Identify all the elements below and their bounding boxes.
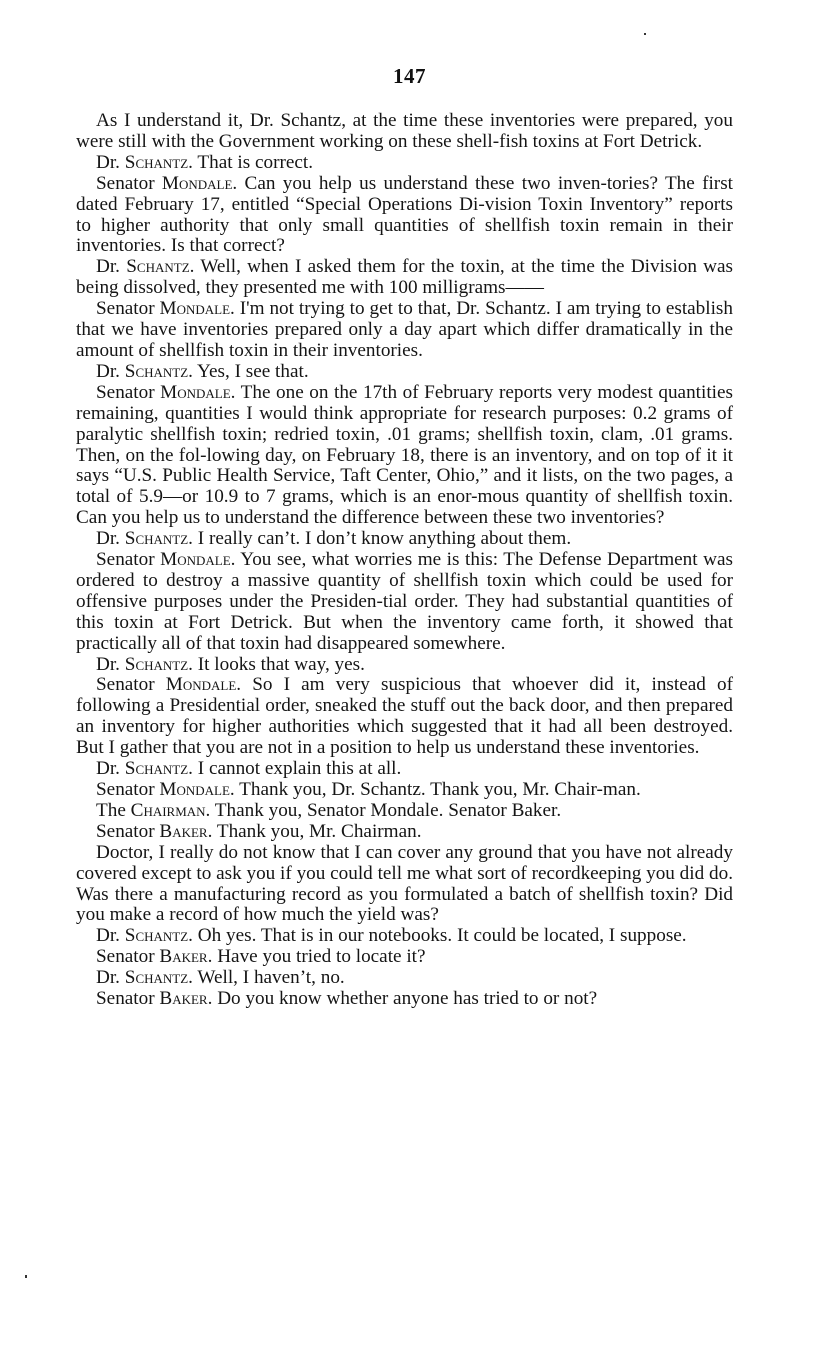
paragraph: Dr. Schantz. It looks that way, yes. <box>76 655 733 676</box>
paragraph: Senator Mondale. The one on the 17th of … <box>76 383 733 529</box>
speaker-prefix: Senator <box>96 549 160 570</box>
speaker-prefix: Dr. <box>96 758 125 779</box>
paragraph: Dr. Schantz. I cannot explain this at al… <box>76 759 733 780</box>
paragraph-text: Thank you, Mr. Chairman. <box>212 821 421 842</box>
paragraph: Senator Mondale. You see, what worries m… <box>76 550 733 655</box>
speaker-name: Schantz. <box>125 361 193 382</box>
scan-speck <box>644 33 646 35</box>
paragraph: Dr. Schantz. That is correct. <box>76 153 733 174</box>
speaker-name: Baker. <box>159 821 212 842</box>
speaker-prefix: Senator <box>96 779 159 800</box>
scan-speck <box>25 1275 27 1278</box>
speaker-prefix: Dr. <box>96 361 125 382</box>
paragraph: Senator Mondale. Can you help us underst… <box>76 174 733 258</box>
paragraph: Senator Baker. Do you know whether anyon… <box>76 989 733 1010</box>
speaker-prefix: Senator <box>96 173 162 194</box>
paragraph: Dr. Schantz. I really can’t. I don’t kno… <box>76 529 733 550</box>
speaker-name: Schantz. <box>125 758 193 779</box>
speaker-prefix: Senator <box>96 988 159 1009</box>
speaker-prefix: Dr. <box>96 925 125 946</box>
paragraph-text: It looks that way, yes. <box>193 654 365 675</box>
paragraph-text: Do you know whether anyone has tried to … <box>212 988 597 1009</box>
speaker-name: Schantz. <box>125 654 193 675</box>
speaker-prefix: Senator <box>96 674 166 695</box>
speaker-prefix: Senator <box>96 946 159 967</box>
paragraph: Senator Baker. Have you tried to locate … <box>76 947 733 968</box>
speaker-prefix: Dr. <box>96 528 125 549</box>
paragraph: Senator Baker. Thank you, Mr. Chairman. <box>76 822 733 843</box>
speaker-prefix: Senator <box>96 821 159 842</box>
paragraph-text: Well, I haven’t, no. <box>193 967 345 988</box>
speaker-name: Mondale. <box>162 173 237 194</box>
speaker-name: Schantz. <box>125 528 193 549</box>
paragraph-text: Have you tried to locate it? <box>212 946 425 967</box>
transcript-body: As I understand it, Dr. Schantz, at the … <box>76 111 733 1010</box>
speaker-prefix: Dr. <box>96 967 125 988</box>
paragraph-text: Doctor, I really do not know that I can … <box>76 842 733 926</box>
speaker-prefix: The <box>96 800 131 821</box>
speaker-name: Mondale. <box>160 549 235 570</box>
paragraph-text: Thank you, Senator Mondale. Senator Bake… <box>210 800 561 821</box>
speaker-name: Schantz. <box>125 967 193 988</box>
speaker-prefix: Senator <box>96 298 160 319</box>
paragraph-text: As I understand it, Dr. Schantz, at the … <box>76 110 733 152</box>
speaker-name: Baker. <box>159 946 212 967</box>
paragraph: Doctor, I really do not know that I can … <box>76 843 733 927</box>
speaker-name: Schantz. <box>126 256 194 277</box>
speaker-prefix: Dr. <box>96 152 125 173</box>
paragraph: Dr. Schantz. Well, I haven’t, no. <box>76 968 733 989</box>
speaker-prefix: Dr. <box>96 256 126 277</box>
paragraph-text: Yes, I see that. <box>193 361 309 382</box>
speaker-name: Mondale. <box>166 674 241 695</box>
paragraph-text: I really can’t. I don’t know anything ab… <box>193 528 571 549</box>
speaker-name: Mondale. <box>160 382 235 403</box>
paragraph: Dr. Schantz. Well, when I asked them for… <box>76 257 733 299</box>
paragraph: As I understand it, Dr. Schantz, at the … <box>76 111 733 153</box>
speaker-name: Mondale. <box>159 779 234 800</box>
speaker-name: Baker. <box>159 988 212 1009</box>
speaker-prefix: Dr. <box>96 654 125 675</box>
speaker-name: Chairman. <box>131 800 211 821</box>
speaker-name: Mondale. <box>160 298 235 319</box>
paragraph: Senator Mondale. So I am very suspicious… <box>76 675 733 759</box>
speaker-name: Schantz. <box>125 152 193 173</box>
paragraph-text: The one on the 17th of February reports … <box>76 382 733 528</box>
paragraph: Dr. Schantz. Oh yes. That is in our note… <box>76 926 733 947</box>
paragraph: The Chairman. Thank you, Senator Mondale… <box>76 801 733 822</box>
page-number: 147 <box>0 64 819 89</box>
paragraph-text: Oh yes. That is in our notebooks. It cou… <box>193 925 687 946</box>
speaker-name: Schantz. <box>125 925 193 946</box>
paragraph-text: I cannot explain this at all. <box>193 758 401 779</box>
paragraph: Senator Mondale. Thank you, Dr. Schantz.… <box>76 780 733 801</box>
paragraph-text: That is correct. <box>193 152 313 173</box>
speaker-prefix: Senator <box>96 382 160 403</box>
paragraph-text: Thank you, Dr. Schantz. Thank you, Mr. C… <box>235 779 641 800</box>
paragraph: Dr. Schantz. Yes, I see that. <box>76 362 733 383</box>
paragraph: Senator Mondale. I'm not trying to get t… <box>76 299 733 362</box>
